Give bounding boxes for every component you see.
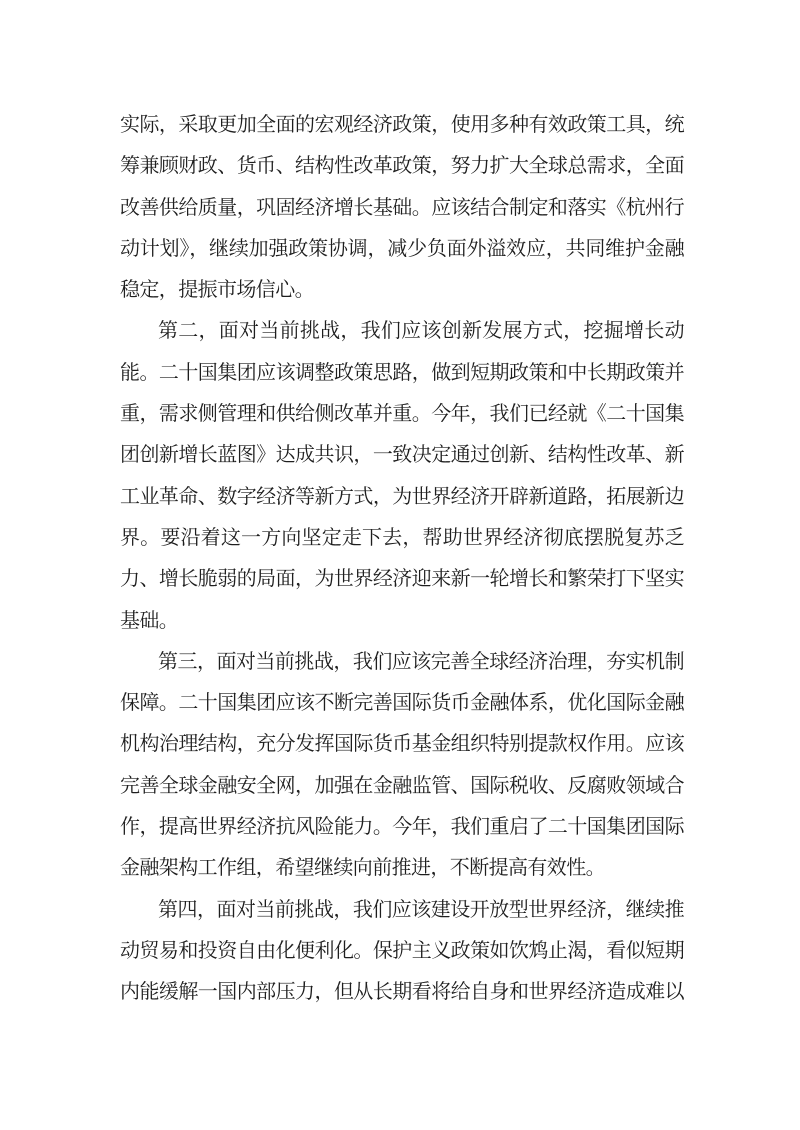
text-line: 保障。二十国集团应该不断完善国际货币金融体系，优化国际金融 [120, 682, 684, 723]
text-line: 实际，采取更加全面的宏观经济政策，使用多种有效政策工具，统 [120, 104, 684, 145]
text-line: 团创新增长蓝图》达成共识，一致决定通过创新、结构性改革、新 [120, 434, 684, 475]
text-line: 第三，面对当前挑战，我们应该完善全球经济治理，夯实机制 [120, 641, 684, 682]
paragraph: 实际，采取更加全面的宏观经济政策，使用多种有效政策工具，统筹兼顾财政、货币、结构… [120, 104, 684, 310]
text-line: 金融架构工作组，希望继续向前推进，不断提高有效性。 [120, 847, 684, 888]
text-line: 界。要沿着这一方向坚定走下去，帮助世界经济彻底摆脱复苏乏 [120, 517, 684, 558]
text-line: 动贸易和投资自由化便利化。保护主义政策如饮鸩止渴，看似短期 [120, 930, 684, 971]
document-page: 实际，采取更加全面的宏观经济政策，使用多种有效政策工具，统筹兼顾财政、货币、结构… [0, 0, 800, 1130]
text-line: 筹兼顾财政、货币、结构性改革政策，努力扩大全球总需求，全面 [120, 145, 684, 186]
text-line: 内能缓解一国内部压力，但从长期看将给自身和世界经济造成难以 [120, 971, 684, 1012]
text-line: 完善全球金融安全网，加强在金融监管、国际税收、反腐败领域合 [120, 765, 684, 806]
text-line: 力、增长脆弱的局面，为世界经济迎来新一轮增长和繁荣打下坚实 [120, 558, 684, 599]
text-line: 动计划》，继续加强政策协调，减少负面外溢效应，共同维护金融 [120, 228, 684, 269]
text-line: 作，提高世界经济抗风险能力。今年，我们重启了二十国集团国际 [120, 806, 684, 847]
text-line: 工业革命、数字经济等新方式，为世界经济开辟新道路，拓展新边 [120, 476, 684, 517]
text-line: 机构治理结构，充分发挥国际货币基金组织特别提款权作用。应该 [120, 723, 684, 764]
paragraph: 第四，面对当前挑战，我们应该建设开放型世界经济，继续推动贸易和投资自由化便利化。… [120, 889, 684, 1013]
text-line: 稳定，提振市场信心。 [120, 269, 684, 310]
paragraph: 第二，面对当前挑战，我们应该创新发展方式，挖掘增长动能。二十国集团应该调整政策思… [120, 310, 684, 640]
paragraph: 第三，面对当前挑战，我们应该完善全球经济治理，夯实机制保障。二十国集团应该不断完… [120, 641, 684, 889]
text-line: 改善供给质量，巩固经济增长基础。应该结合制定和落实《杭州行 [120, 187, 684, 228]
text-line: 基础。 [120, 600, 684, 641]
text-line: 重，需求侧管理和供给侧改革并重。今年，我们已经就《二十国集 [120, 393, 684, 434]
text-line: 第四，面对当前挑战，我们应该建设开放型世界经济，继续推 [120, 889, 684, 930]
text-line: 第二，面对当前挑战，我们应该创新发展方式，挖掘增长动 [120, 310, 684, 351]
document-body: 实际，采取更加全面的宏观经济政策，使用多种有效政策工具，统筹兼顾财政、货币、结构… [120, 104, 684, 1013]
text-line: 能。二十国集团应该调整政策思路，做到短期政策和中长期政策并 [120, 352, 684, 393]
